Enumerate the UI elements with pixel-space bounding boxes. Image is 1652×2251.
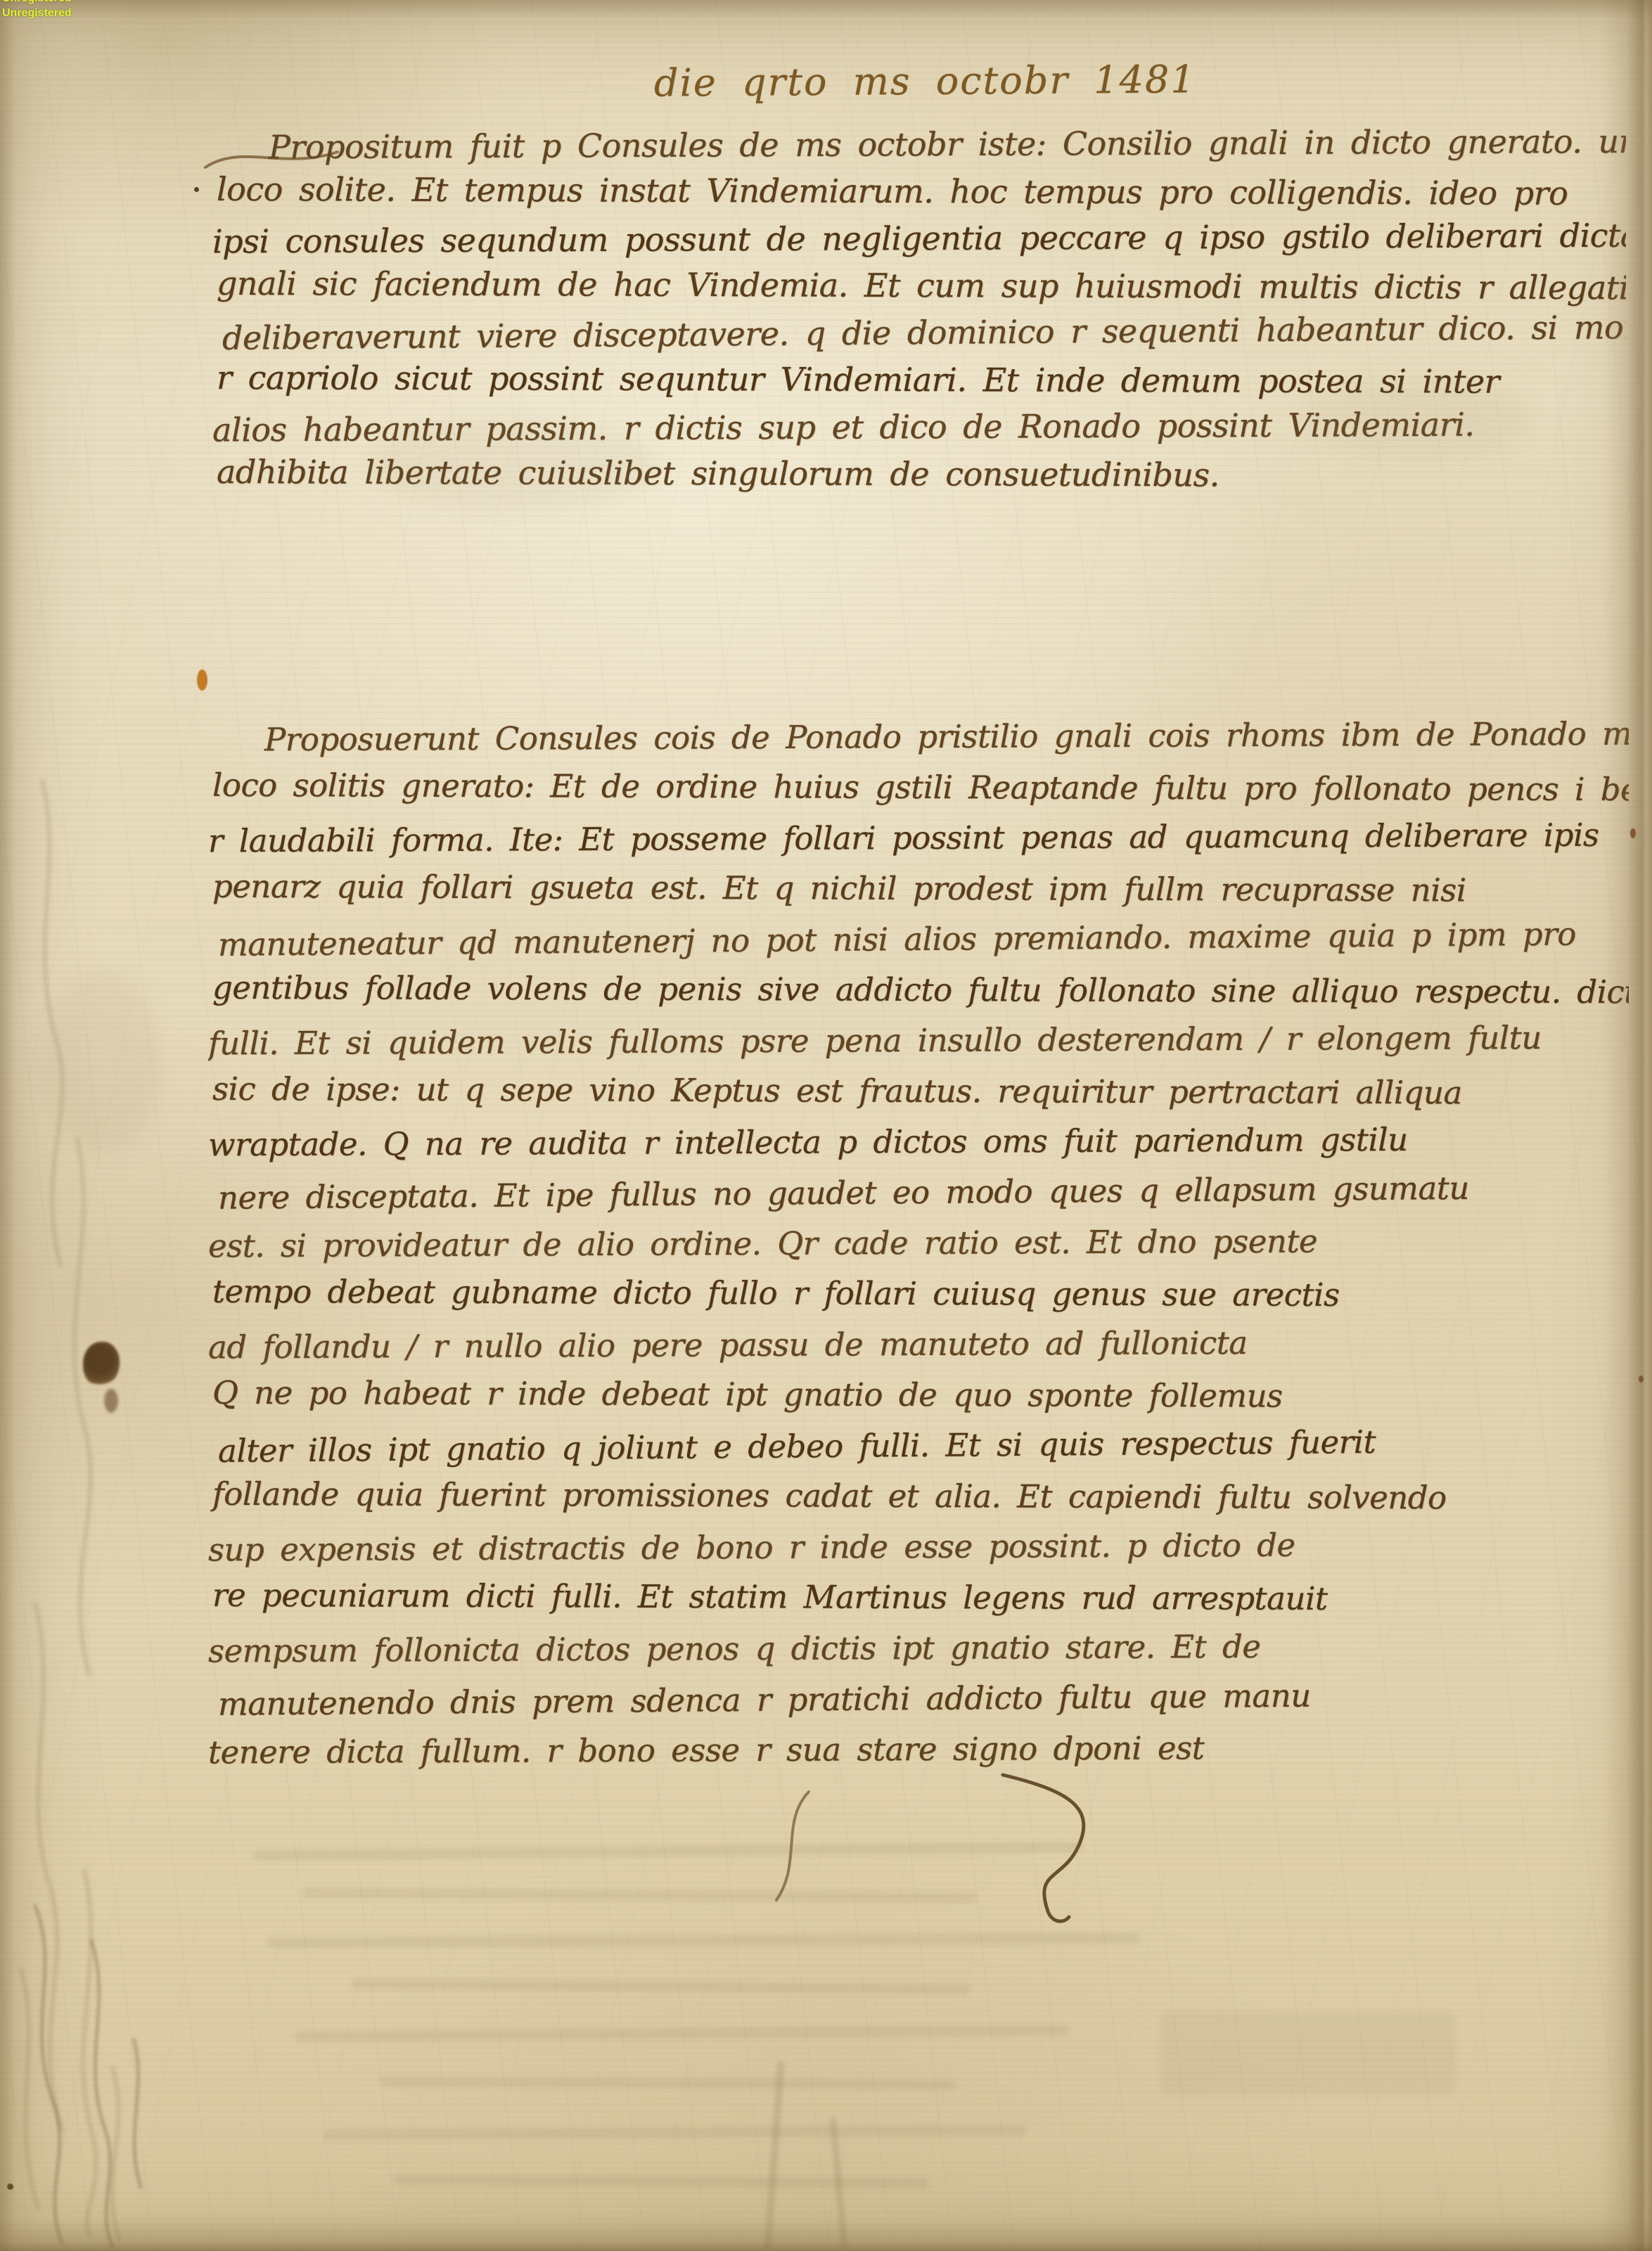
wax-fleck (197, 669, 207, 691)
manuscript-line: nere disceptata. Et ipe fullus no gaudet… (218, 1162, 1629, 1224)
edge-fleck (1630, 828, 1636, 838)
showthrough-line (253, 1842, 1083, 1861)
page-top-edge (0, 0, 1652, 18)
showthrough-line (324, 2125, 1027, 2141)
manuscript-line: est. si provideatur de alio ordine. Qr c… (208, 1215, 1629, 1272)
paragraph-2: Proposuerunt Consules cois de Ponado pri… (208, 712, 1629, 1809)
manuscript-line: manutenendo dnis prem sdenca r pratichi … (218, 1668, 1629, 1730)
manuscript-line: r laudabili forma. Ite: Et posseme folla… (208, 810, 1629, 867)
manuscript-line: r capriolo sicut possint sequntur Vindem… (217, 354, 1626, 406)
page-bottom-edge (0, 2219, 1652, 2251)
manuscript-line: ad follandu / r nullo alio pere passu de… (208, 1316, 1629, 1373)
manuscript-line: follande quia fuerint promissiones cadat… (212, 1469, 1629, 1524)
manuscript-line: penarz quia follari gsueta est. Et q nic… (212, 861, 1629, 916)
manuscript-line: loco solitis gnerato: Et de ordine huius… (212, 760, 1629, 815)
manuscript-line: loco solite. Et tempus instat Vindemiaru… (217, 166, 1626, 217)
manuscript-line: gentibus follade volens de penis sive ad… (212, 963, 1629, 1018)
manuscript-line: gnali sic faciendum de hac Vindemia. Et … (217, 260, 1626, 312)
manuscript-line: adhibita libertate cuiuslibet singulorum… (217, 449, 1626, 500)
showthrough-line (295, 2025, 1069, 2042)
showthrough-line (394, 2174, 928, 2188)
manuscript-line: sempsum follonicta dictos penos q dictis… (208, 1620, 1629, 1677)
manuscript-line: sic de ipse: ut q sepe vino Keptus est f… (212, 1064, 1629, 1119)
manuscript-line: deliberaverunt viere disceptavere. q die… (222, 304, 1626, 362)
edge-fleck (1639, 1375, 1644, 1383)
showthrough-left-bottom (7, 1899, 162, 2250)
showthrough-line (267, 1933, 1139, 1948)
manuscript-line: manuteneatur qd manutenerj no pot nisi a… (218, 909, 1629, 970)
page-left-edge (0, 0, 15, 2251)
watermark-line: Unregistered (2, 0, 72, 6)
showthrough-line (352, 1979, 971, 1994)
showthrough-line (380, 2077, 956, 2089)
showthrough-stroke (764, 2060, 785, 2250)
manuscript-line: alter illos ipt gnatio q joliunt e debeo… (218, 1415, 1629, 1477)
manuscript-line: fulli. Et si quidem velis fulloms psre p… (208, 1013, 1629, 1070)
showthrough-left-margin (0, 774, 148, 2243)
ink-stain-tail (104, 1389, 118, 1413)
showthrough-patch (1160, 2011, 1456, 2096)
manuscript-line: sup expensis et distractis de bono r ind… (208, 1519, 1629, 1576)
paragraph-1: Propositum fuit p Consules de ms octobr … (212, 121, 1626, 515)
manuscript-line: Proposuerunt Consules cois de Ponado pri… (264, 712, 1629, 765)
showthrough-line (302, 1888, 978, 1903)
manuscript-line: Q ne po habeat r inde debeat ipt gnatio … (212, 1368, 1629, 1423)
edge-fleck (7, 2183, 13, 2190)
manuscript-line: Propositum fuit p Consules de ms octobr … (269, 121, 1626, 171)
showthrough-stroke (830, 2117, 848, 2250)
faint-smudge (42, 970, 162, 1153)
manuscript-line: ipsi consules sequndum possunt de neglig… (212, 212, 1626, 266)
date-heading: die qrto ms octobr 1481 (654, 57, 1189, 105)
ink-stain (83, 1342, 120, 1387)
ink-dot (194, 187, 199, 192)
manuscript-line: alios habeantur passim. r dictis sup et … (212, 401, 1626, 454)
unregistered-watermark: Unregistered Unregistered (2, 0, 72, 20)
manuscript-line: tempo debeat gubname dicto fullo r folla… (212, 1266, 1629, 1321)
watermark-line: Unregistered (2, 6, 72, 20)
manuscript-line: wraptade. Q na re audita r intellecta p … (208, 1114, 1629, 1171)
manuscript-line: re pecuniarum dicti fulli. Et statim Mar… (212, 1570, 1629, 1625)
manuscript-line: tenere dicta fullum. r bono esse r sua s… (208, 1721, 1629, 1778)
manuscript-page: Unregistered Unregistered die qrto ms oc… (0, 0, 1652, 2251)
